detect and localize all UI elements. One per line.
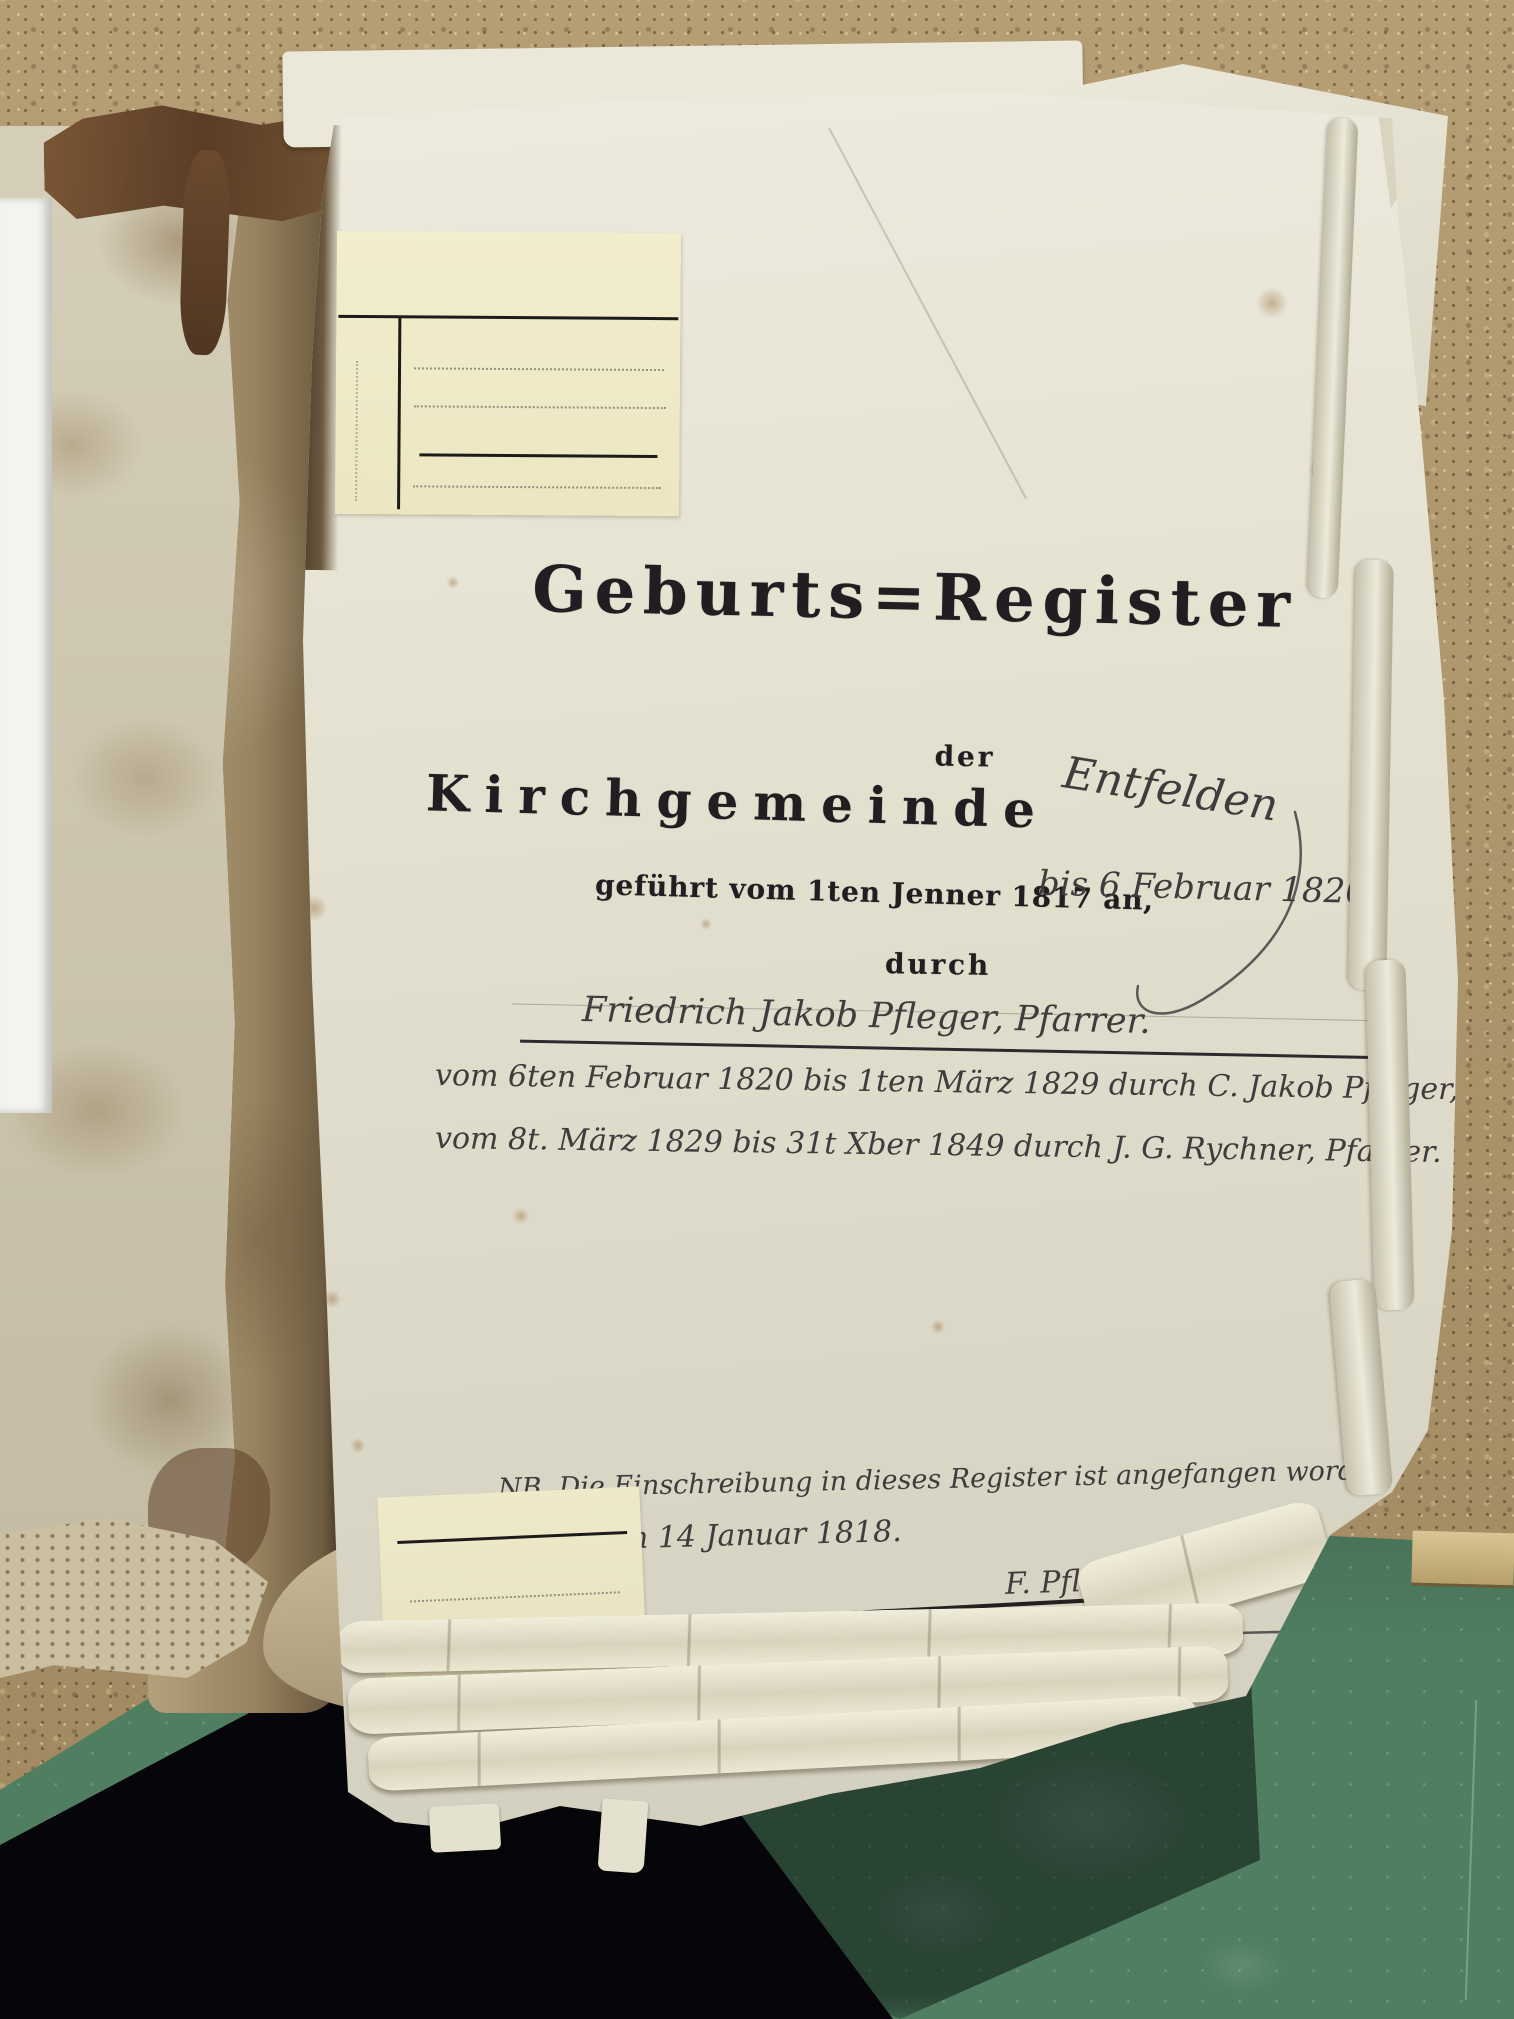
- parish-label: Kirchgemeinde: [425, 763, 1051, 839]
- continuation-entry: vom 6ten Februar 1820 bis 1ten März 1829…: [435, 1058, 1514, 1109]
- curled-page-edge: [1348, 560, 1393, 991]
- foxing-spot: [512, 1208, 530, 1224]
- photo-scene: Geburts=Register der Kirchgemeinde Entfe…: [0, 0, 1514, 2019]
- foxing-spot: [350, 1438, 366, 1453]
- foxing-spot: [930, 1320, 946, 1334]
- label-dotted-line: [413, 485, 661, 489]
- subtitle-der: der: [900, 739, 1031, 774]
- foxing-spot: [1255, 288, 1289, 318]
- label-rule: [419, 453, 657, 457]
- curled-page-edge: [1308, 118, 1359, 599]
- paper-crease: [828, 128, 1027, 500]
- label-rule: [338, 315, 678, 320]
- by-label: durch: [885, 947, 992, 982]
- paper-tab: [598, 1798, 649, 1873]
- label-rule: [397, 1531, 627, 1544]
- label-dotted-line: [355, 361, 358, 501]
- foxing-spot: [700, 918, 712, 930]
- corkboard-edge: [1411, 1531, 1514, 1589]
- label-dotted-line: [414, 405, 666, 409]
- page-title: Geburts=Register: [519, 552, 1310, 644]
- label-dotted-line: [414, 367, 664, 371]
- parish-name-handwritten: Entfelden: [1059, 747, 1281, 831]
- label-divider: [397, 317, 401, 509]
- continuation-entry: vom 8t. März 1829 bis 31t Xber 1849 durc…: [435, 1121, 1442, 1170]
- curled-page-edge: [1365, 960, 1414, 1311]
- keeper-underline-rule: [520, 1040, 1392, 1060]
- inserted-white-sheet: [0, 198, 52, 1113]
- label-dotted-line: [410, 1591, 620, 1602]
- foxing-spot: [446, 576, 460, 589]
- archive-label-top: [335, 231, 681, 516]
- keeper-name-handwritten: Friedrich Jakob Pfleger, Pfarrer.: [582, 990, 1151, 1042]
- paper-tab: [429, 1803, 501, 1853]
